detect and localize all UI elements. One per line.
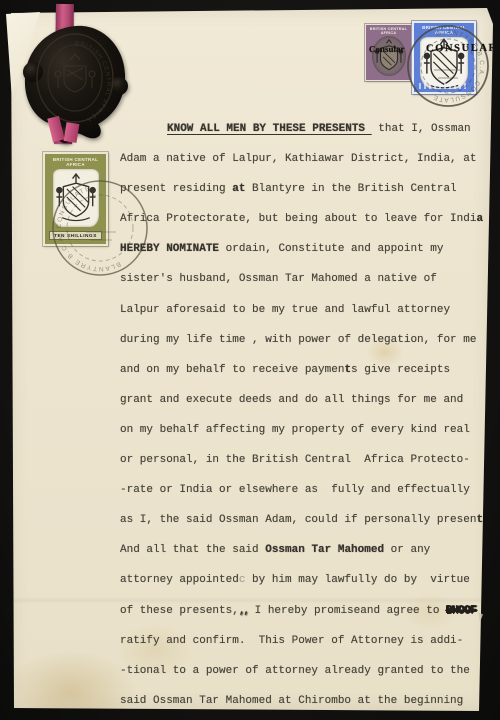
text-segment: on my behalf affecting my property of ev…: [120, 424, 470, 436]
text-segment: of these presents,: [120, 605, 239, 617]
document-line: as I, the said Ossman Adam, could if per…: [120, 505, 492, 535]
text-segment: as I, the said Ossman Adam, could if per…: [120, 514, 476, 526]
text-segment: said Ossman Tar Mahomed at Chirombo at t…: [120, 695, 463, 707]
document-line: And all that the said Ossman Tar Mahomed…: [120, 535, 492, 565]
document-line: HEREBY NOMINATE ordain, Constitute and a…: [120, 234, 492, 264]
text-segment: t: [476, 514, 483, 526]
text-segment: ,,: [239, 605, 248, 617]
text-segment: during my life time , with power of dele…: [120, 334, 476, 346]
coat-of-arms: [372, 36, 406, 76]
text-segment: Africa Protectorate, but being about to …: [120, 213, 476, 225]
text-segment: at: [232, 183, 245, 195]
document-line: and on my behalf to receive payments giv…: [120, 355, 492, 385]
text-segment: Adam a native of Lalpur, Kathiawar Distr…: [120, 153, 476, 165]
text-segment: -tional to a power of attorney already g…: [120, 665, 470, 677]
text-segment: And all that the said: [120, 544, 265, 556]
text-segment: ratify and confirm. This Power of Attorn…: [120, 635, 463, 647]
text-segment: that I, Ossman: [372, 123, 471, 135]
text-segment: ordain, Constitute and appoint my: [219, 243, 443, 255]
document-line: grant and execute deeds and do all thing…: [120, 385, 492, 415]
text-segment: Blantyre in the British Central: [245, 183, 456, 195]
text-segment: I hereby promiseand agree to: [248, 605, 446, 617]
text-segment: KNOW ALL MEN BY THESE PRESENTS: [167, 123, 372, 135]
stamp-oval: [372, 36, 406, 76]
document-line: present residing at Blantyre in the Brit…: [120, 174, 492, 204]
document-line: Adam a native of Lalpur, Kathiawar Distr…: [120, 144, 492, 174]
text-segment: sister's husband, Ossman Tar Mahomed a n…: [120, 273, 437, 285]
text-segment: by him may lawfully do by virtue: [245, 574, 469, 586]
text-segment: c: [239, 574, 246, 586]
text-segment: or personal, in the British Central Afri…: [120, 454, 470, 466]
document-line: on my behalf affecting my property of ev…: [120, 415, 492, 445]
text-segment: HEREBY NOMINATE: [120, 243, 219, 255]
document-line: -tional to a power of attorney already g…: [120, 656, 492, 686]
document-line: Lalpur aforesaid to be my true and lawfu…: [120, 295, 492, 325]
document-photo: BRITISH CENTRAL AFRICA BRITISH CENTRAL A…: [0, 0, 500, 720]
text-segment: Ossman Tar Mahomed: [265, 544, 384, 556]
document-line: Africa Protectorate, but being about to …: [120, 204, 492, 234]
document-line: sister's husband, Ossman Tar Mahomed a n…: [120, 264, 492, 294]
document-line: during my life time , with power of dele…: [120, 325, 492, 355]
document-line: or personal, in the British Central Afri…: [120, 445, 492, 475]
text-segment: Lalpur aforesaid to be my true and lawfu…: [120, 304, 450, 316]
document-line: said Ossman Tar Mahomed at Chirombo at t…: [120, 686, 492, 716]
document-line: attorney appointedc by him may lawfully …: [120, 565, 492, 595]
text-segment: a: [476, 213, 483, 225]
postmark-top: BLANTYRE B.C.A. CONSULATE: [402, 20, 494, 112]
text-segment: or any: [384, 544, 430, 556]
overprint-consular-lilac: Consular: [369, 44, 405, 54]
document-line: KNOW ALL MEN BY THESE PRESENTS that I, O…: [120, 114, 492, 144]
document-line: ratify and confirm. This Power of Attorn…: [120, 626, 492, 656]
document-line: -rate or India or elsewhere as fully and…: [120, 475, 492, 505]
text-segment: attorney appointed: [120, 574, 239, 586]
text-segment: -rate or India or elsewhere as fully and…: [120, 484, 470, 496]
typewritten-text: KNOW ALL MEN BY THESE PRESENTS that I, O…: [120, 114, 492, 716]
text-segment: present residing: [120, 183, 232, 195]
text-segment: grant and execute deeds and do all thing…: [120, 394, 463, 406]
text-segment: and on my behalf to receive paymen: [120, 364, 344, 376]
document-line: of these presents,,, I hereby promiseand…: [120, 596, 492, 626]
text-segment: BHOOF: [446, 605, 477, 617]
text-segment: s give receipts: [351, 364, 450, 376]
overprint-consular-blue: CONSULAR: [426, 43, 498, 55]
